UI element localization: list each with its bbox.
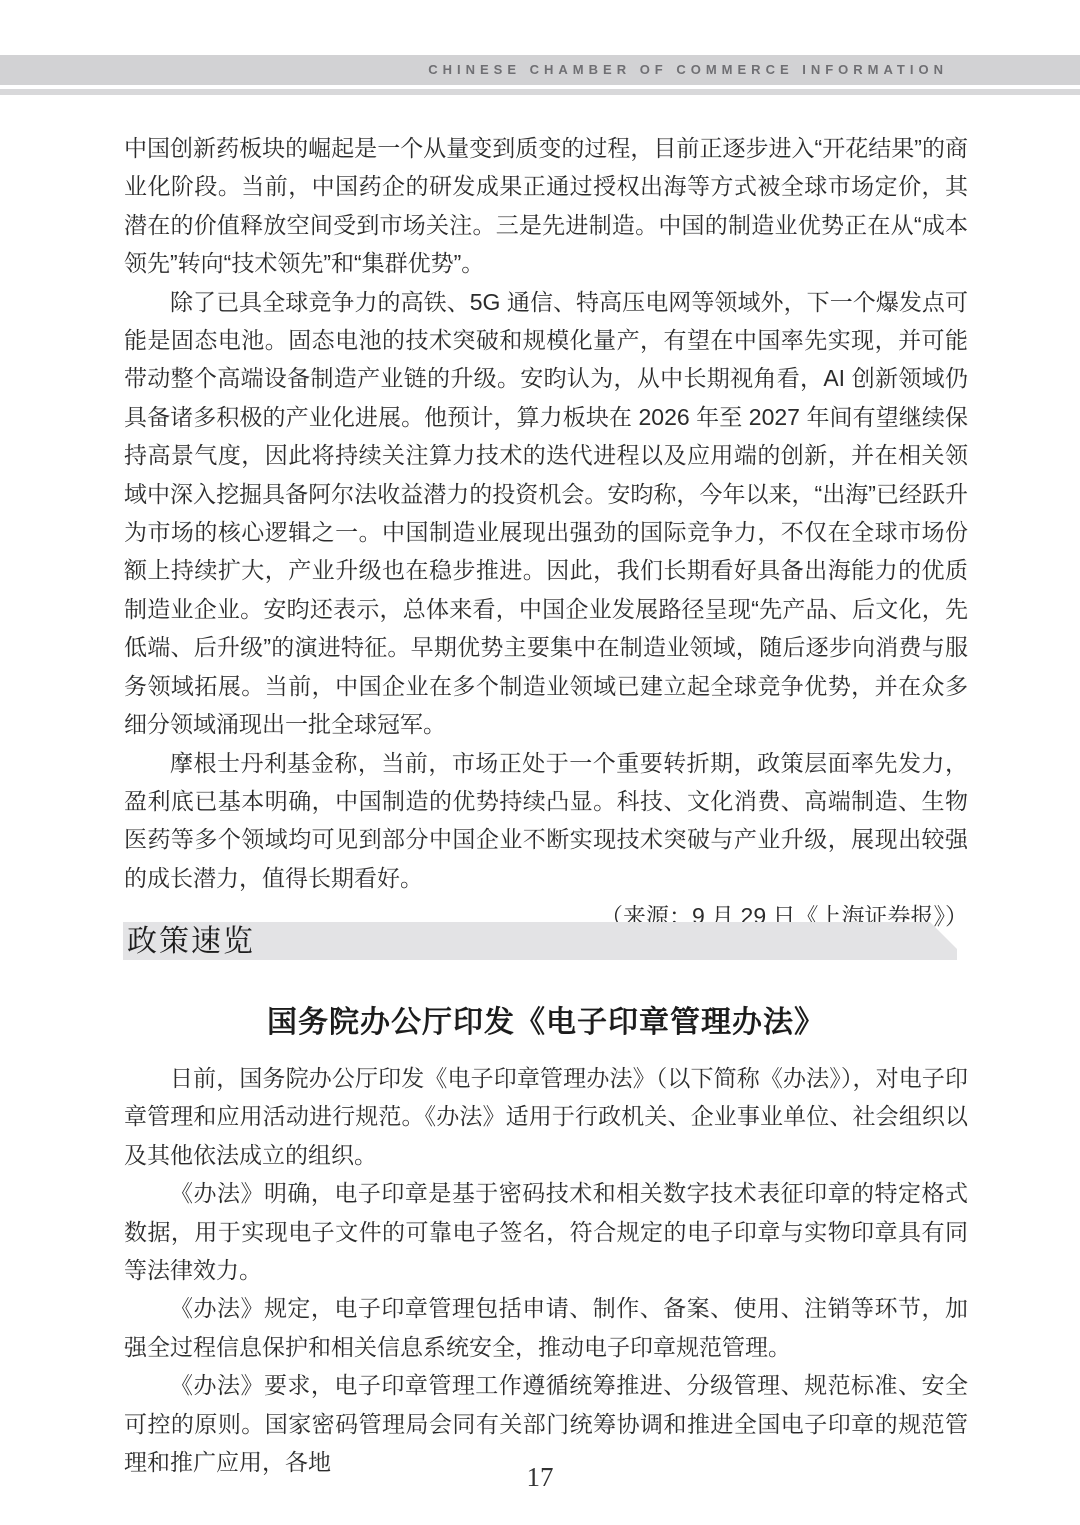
section-header-label: 政策速览: [123, 925, 255, 958]
page-number: 17: [0, 1462, 1080, 1493]
news-paragraph-2: 除了已具全球竞争力的高铁、5G 通信、特高压电网等领域外，下一个爆发点可能是固态…: [124, 283, 968, 744]
policy-paragraph-3: 《办法》规定，电子印章管理包括申请、制作、备案、使用、注销等环节，加强全过程信息…: [124, 1289, 968, 1366]
header-divider: [0, 89, 1080, 95]
policy-article-body: 日前，国务院办公厅印发《电子印章管理办法》（以下简称《办法》），对电子印章管理和…: [124, 1059, 968, 1481]
policy-paragraph-1: 日前，国务院办公厅印发《电子印章管理办法》（以下简称《办法》），对电子印章管理和…: [124, 1059, 968, 1174]
policy-article-title: 国务院办公厅印发《电子印章管理办法》: [124, 997, 968, 1041]
news-article-body: 中国创新药板块的崛起是一个从量变到质变的过程，目前正逐步进入“开花结果”的商业化…: [124, 129, 968, 936]
policy-paragraph-2: 《办法》明确，电子印章是基于密码技术和相关数字技术表征印章的特定格式数据，用于实…: [124, 1174, 968, 1289]
news-paragraph-1: 中国创新药板块的崛起是一个从量变到质变的过程，目前正逐步进入“开花结果”的商业化…: [124, 129, 968, 283]
header-banner-text: CHINESE CHAMBER OF COMMERCE INFORMATION: [428, 55, 1080, 85]
section-header-policy: 政策速览: [123, 922, 957, 960]
header-banner: CHINESE CHAMBER OF COMMERCE INFORMATION: [0, 55, 1080, 85]
news-paragraph-3: 摩根士丹利基金称，当前，市场正处于一个重要转折期，政策层面率先发力，盈利底已基本…: [124, 744, 968, 898]
